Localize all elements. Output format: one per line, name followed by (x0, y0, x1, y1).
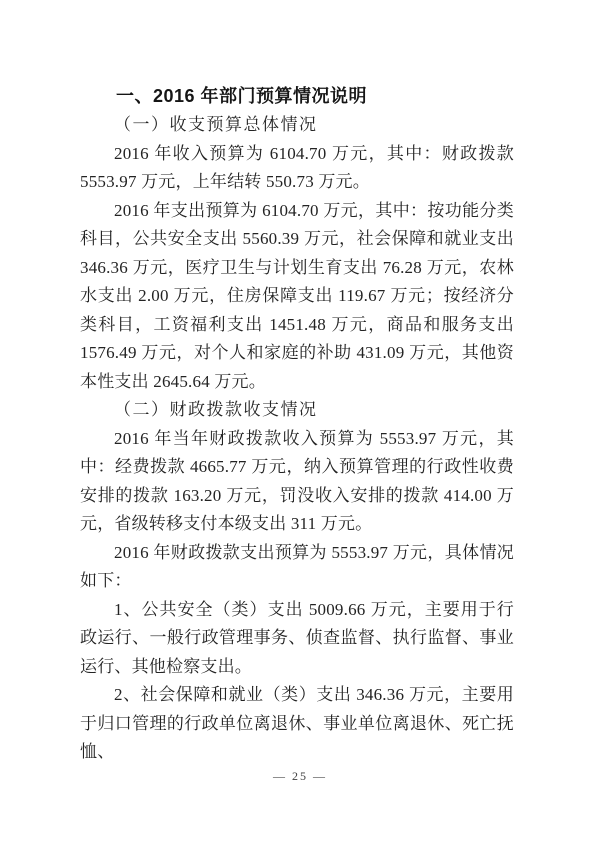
paragraph-expenditure-budget-overview: 2016 年支出预算为 6104.70 万元，其中：按功能分类科目，公共安全支出… (80, 197, 514, 397)
paragraph-item-2-social-security-employment: 2、社会保障和就业（类）支出 346.36 万元，主要用于归口管理的行政单位离退… (80, 681, 514, 767)
paragraph-income-budget-overview: 2016 年收入预算为 6104.70 万元，其中：财政拨款 5553.97 万… (80, 140, 514, 197)
paragraph-fiscal-appropriation-income: 2016 年当年财政拨款收入预算为 5553.97 万元，其中：经费拨款 466… (80, 425, 514, 539)
document-content: 一、2016 年部门预算情况说明 （一）收支预算总体情况 2016 年收入预算为… (80, 82, 514, 767)
section-2-heading: （二）财政拨款收支情况 (80, 396, 514, 425)
paragraph-item-1-public-security: 1、公共安全（类）支出 5009.66 万元，主要用于行政运行、一般行政管理事务… (80, 596, 514, 682)
document-title: 一、2016 年部门预算情况说明 (80, 82, 514, 111)
section-1-heading: （一）收支预算总体情况 (80, 111, 514, 140)
paragraph-fiscal-appropriation-expenditure-intro: 2016 年财政拨款支出预算为 5553.97 万元，具体情况如下： (80, 539, 514, 596)
document-page: 一、2016 年部门预算情况说明 （一）收支预算总体情况 2016 年收入预算为… (0, 0, 600, 848)
page-number: — 25 — (0, 769, 600, 784)
